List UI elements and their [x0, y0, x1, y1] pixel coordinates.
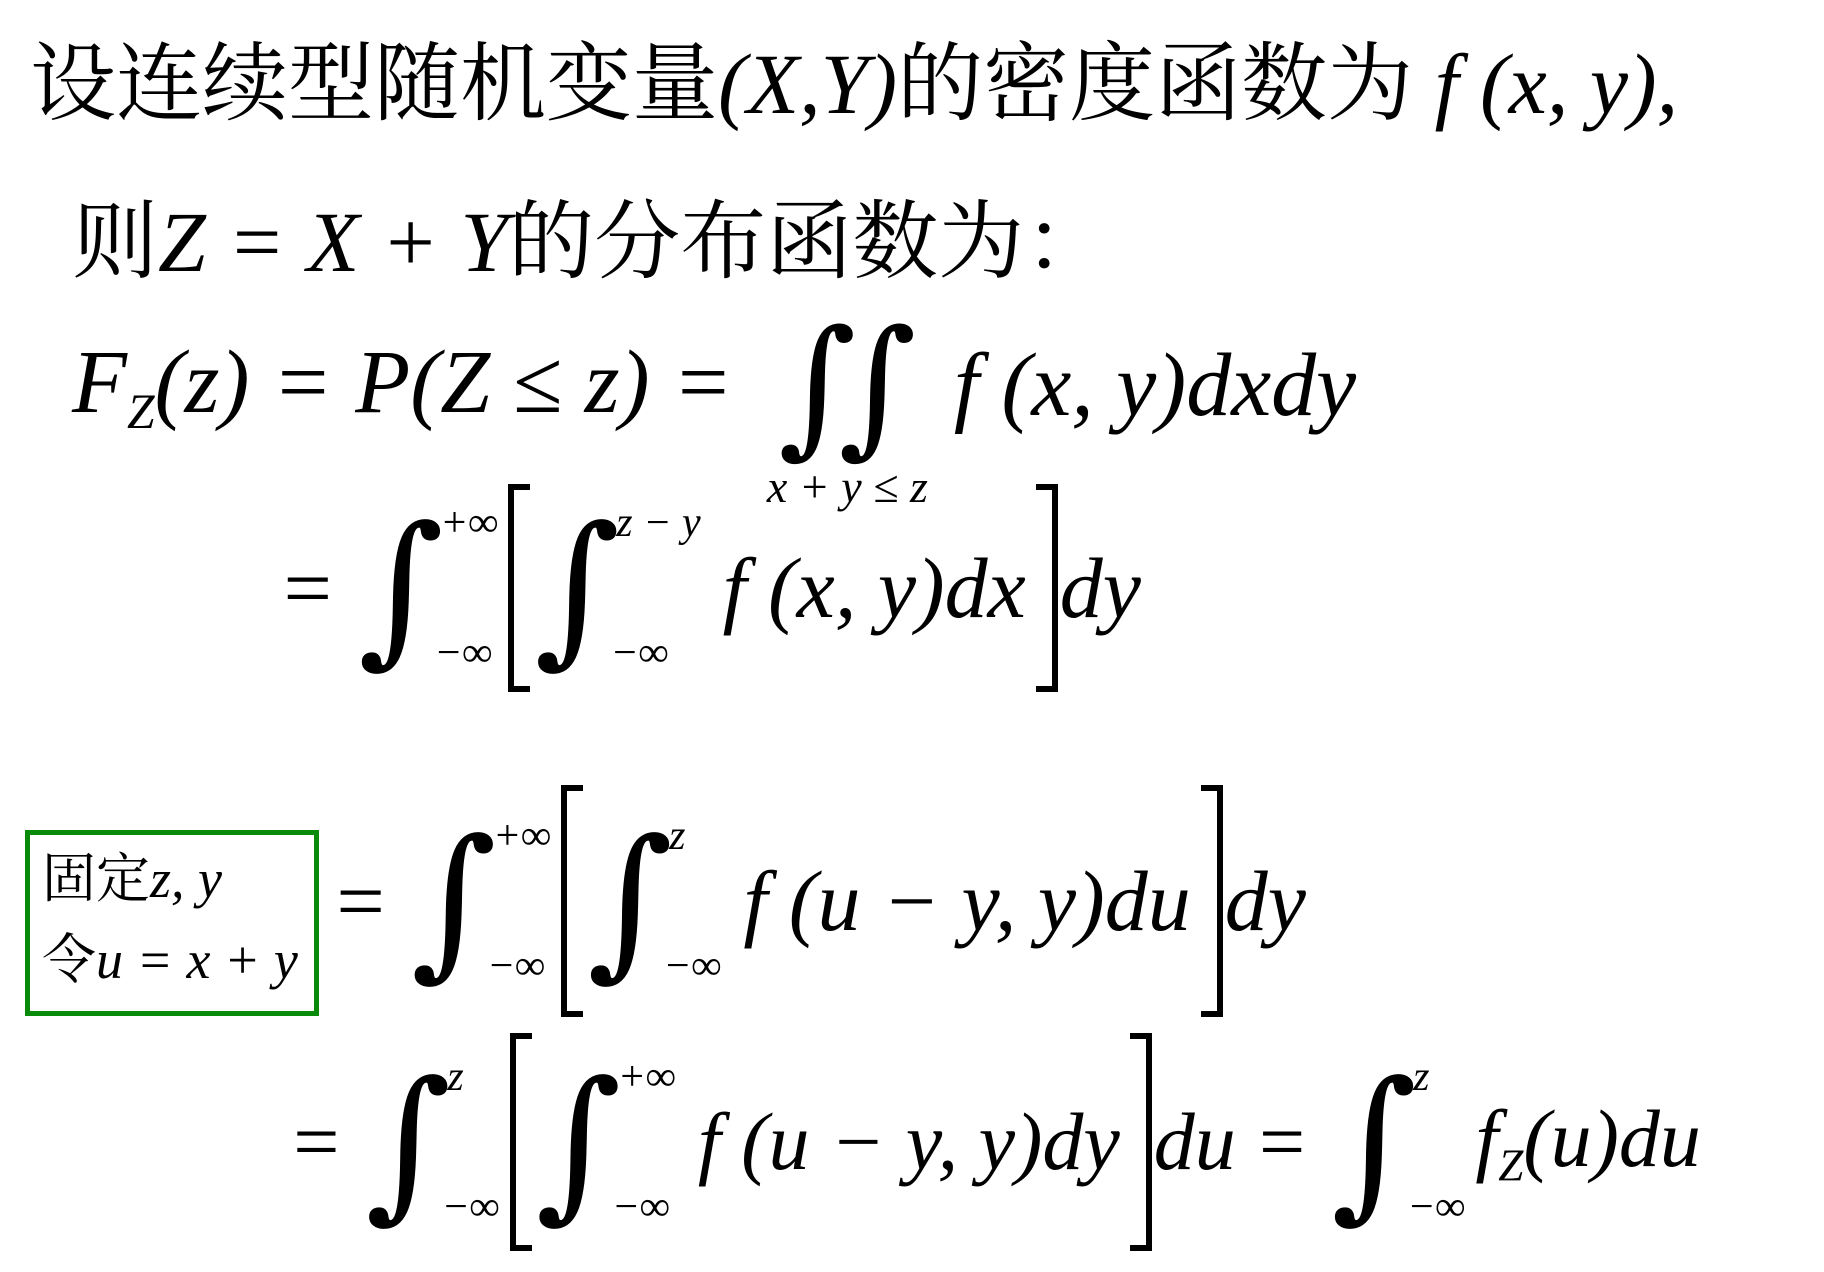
eq3-equals: = — [331, 851, 389, 951]
intro2-cn-a: 则 — [72, 194, 158, 290]
eq4-equals-2: = — [1254, 1095, 1309, 1189]
upper-limit: +∞ — [493, 812, 551, 860]
note-box-line-2: 令u = x + y — [42, 930, 298, 990]
eq4-outer-differential: du — [1154, 1095, 1236, 1189]
intro-line-2-text: 则Z = X + Y的分布函数为： — [72, 172, 1110, 296]
lower-limit: −∞ — [663, 942, 721, 990]
lower-limit: −∞ — [434, 629, 498, 677]
lower-limit: −∞ — [487, 942, 551, 990]
eq1-F: F — [72, 333, 127, 432]
upper-limit: +∞ — [440, 499, 498, 547]
integral-sign: ∫ — [1331, 1078, 1417, 1207]
eq4-result-subscript: Z — [1498, 1141, 1523, 1191]
eq3-inner-limits: z−∞ — [669, 812, 721, 990]
intro1-cn-b: 的密度函数为 — [897, 36, 1413, 132]
eq4-outer-limits: z−∞ — [447, 1053, 499, 1231]
eq3-inner-integral: ∫ z−∞ — [587, 812, 725, 990]
double-integral-sign: ∫∫ — [778, 326, 916, 446]
left-bracket — [510, 1033, 532, 1251]
right-bracket — [1201, 785, 1223, 1017]
left-bracket — [561, 785, 583, 1017]
eq3-outer-limits: +∞−∞ — [493, 812, 551, 990]
equation-step-2: 固定z, y 令u = x + y = ∫ +∞−∞ ∫ z−∞ f (u − … — [25, 768, 1306, 1033]
eq1-integrand: f (x, y)dxdy — [954, 334, 1356, 437]
right-bracket — [1130, 1033, 1152, 1251]
lower-limit: −∞ — [610, 629, 700, 677]
left-bracket — [508, 484, 530, 692]
note1-cn: 固定 — [42, 849, 150, 909]
upper-limit: z — [447, 1053, 499, 1101]
note1-math: z, y — [150, 849, 222, 909]
eq4-result-rest: (u)du — [1523, 1093, 1701, 1184]
integral-sign: ∫ — [536, 1078, 622, 1207]
eq2-integrand: f (x, y)dx — [723, 538, 1026, 638]
eq1-lhs: FZ(z) = P(Z ≤ z) = — [72, 331, 733, 440]
eq2-inner-integral: ∫ z − y−∞ — [534, 499, 704, 677]
upper-limit: +∞ — [618, 1053, 676, 1101]
eq2-inner-limits: z − y−∞ — [616, 499, 700, 677]
eq3-integrand: f (u − y, y)du — [743, 851, 1190, 951]
eq1-F-subscript: Z — [127, 384, 155, 439]
integral-sign: ∫ — [587, 836, 673, 965]
lower-limit: −∞ — [441, 1183, 499, 1231]
eq4-integrand: f (u − y, y)dy — [698, 1095, 1120, 1189]
intro-line-1: 设连续型随机变量(X,Y)的密度函数为 f (x, y), — [30, 14, 1678, 138]
equation-definition: FZ(z) = P(Z ≤ z) = ∫∫ x + y ≤ z f (x, y)… — [72, 292, 1356, 479]
intro2-math: Z = X + Y — [158, 194, 508, 290]
eq4-outer-integral: ∫ z−∞ — [365, 1053, 503, 1231]
eq4-inner-integral: ∫ +∞−∞ — [536, 1053, 680, 1231]
eq4-result-limits: z−∞ — [1413, 1053, 1465, 1231]
eq1-lhs-rest: (z) = P(Z ≤ z) = — [155, 333, 733, 432]
eq4-result: fZ(u)du — [1475, 1092, 1701, 1191]
eq4-inner-limits: +∞−∞ — [618, 1053, 676, 1231]
eq4-result-integral: ∫ z−∞ — [1331, 1053, 1469, 1231]
lecture-slide: 设连续型随机变量(X,Y)的密度函数为 f (x, y), 则Z = X + Y… — [0, 0, 1824, 1272]
intro1-cn-a: 设连续型随机变量 — [30, 36, 718, 132]
eq4-equals: = — [288, 1095, 343, 1189]
eq2-outer-integral: ∫ +∞−∞ — [358, 499, 502, 677]
note2-math: u = x + y — [96, 930, 298, 990]
upper-limit: z − y — [616, 499, 700, 547]
equation-step-3: = ∫ z−∞ ∫ +∞−∞ f (u − y, y)dy du = ∫ z−∞… — [288, 1022, 1701, 1262]
integral-sign: ∫ — [358, 523, 444, 652]
intro1-math-a: (X,Y) — [718, 36, 897, 132]
eq4-result-f: f — [1475, 1093, 1498, 1184]
eq3-outer-integral: ∫ +∞−∞ — [411, 812, 555, 990]
eq3-outer-differential: dy — [1225, 851, 1306, 951]
note-box-line-1: 固定z, y — [42, 849, 222, 909]
substitution-note-box: 固定z, y 令u = x + y — [25, 830, 319, 1016]
lower-limit: −∞ — [612, 1183, 676, 1231]
equation-step-1: = ∫ +∞−∞ ∫ z − y−∞ f (x, y)dx dy — [278, 480, 1141, 695]
integral-sign: ∫ — [365, 1078, 451, 1207]
integral-sign: ∫ — [411, 836, 497, 965]
intro2-cn-b: 的分布函数为： — [508, 194, 1110, 290]
right-bracket — [1036, 484, 1058, 692]
integral-sign: ∫ — [534, 523, 620, 652]
intro1-math-b: f (x, y), — [1413, 36, 1678, 132]
note2-cn: 令 — [42, 930, 96, 990]
eq2-equals: = — [278, 538, 336, 638]
eq2-outer-limits: +∞−∞ — [440, 499, 498, 677]
eq2-outer-differential: dy — [1060, 538, 1141, 638]
intro-line-2: 则Z = X + Y的分布函数为： — [72, 172, 1110, 296]
upper-limit: z — [1413, 1053, 1465, 1101]
upper-limit: z — [669, 812, 721, 860]
intro-line-1-text: 设连续型随机变量(X,Y)的密度函数为 f (x, y), — [30, 14, 1678, 138]
lower-limit: −∞ — [1407, 1183, 1465, 1231]
